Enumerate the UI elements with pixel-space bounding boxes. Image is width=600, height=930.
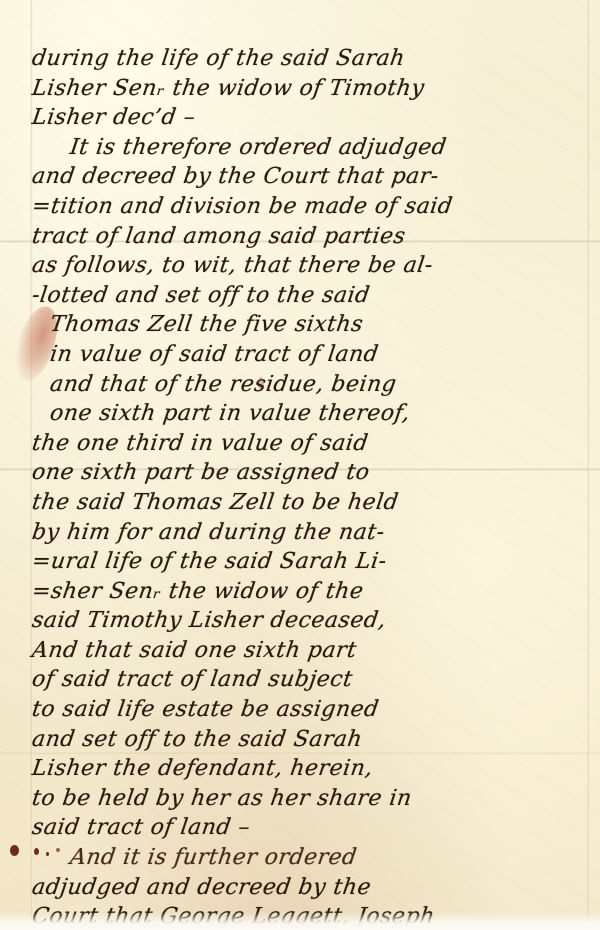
text-line: and set off to the said Sarah — [30, 725, 594, 755]
text-line: Thomas Zell the five sixths — [30, 310, 594, 340]
text-line: adjudged and decreed by the — [30, 873, 594, 903]
text-line: by him for and during the nat- — [30, 518, 594, 548]
text-line: said tract of land – — [30, 813, 594, 843]
text-line: It is therefore ordered adjudged — [30, 133, 594, 163]
torn-bottom-edge — [0, 912, 600, 930]
text-line: Lisher dec’d – — [30, 103, 594, 133]
text-line: And it is further ordered — [30, 843, 594, 873]
text-line: the one third in value of said — [30, 429, 594, 459]
text-line: the said Thomas Zell to be held — [30, 488, 594, 518]
text-line: in value of said tract of land — [30, 340, 594, 370]
text-line: said Timothy Lisher deceased, — [30, 606, 594, 636]
text-line: to be held by her as her share in — [30, 784, 594, 814]
text-line: one sixth part be assigned to — [30, 458, 594, 488]
text-line: tract of land among said parties — [30, 222, 594, 252]
text-line: and decreed by the Court that par- — [30, 162, 594, 192]
text-line: during the life of the said Sarah — [30, 44, 594, 74]
text-line: Lisher the defendant, herein, — [30, 754, 594, 784]
manuscript-page: during the life of the said Sarah Lisher… — [0, 0, 600, 930]
text-line: and that of the residue, being — [30, 370, 594, 400]
text-line: -lotted and set off to the said — [30, 281, 594, 311]
manuscript-text: during the life of the said Sarah Lisher… — [30, 44, 590, 930]
text-line: Lisher Senᵣ the widow of Timothy — [30, 74, 594, 104]
text-line: one sixth part in value thereof, — [30, 399, 594, 429]
text-line: of said tract of land subject — [30, 665, 594, 695]
text-line: =sher Senᵣ the widow of the — [30, 577, 594, 607]
text-line: =tition and division be made of said — [30, 192, 594, 222]
text-line: to said life estate be assigned — [30, 695, 594, 725]
text-line: =ural life of the said Sarah Li- — [30, 547, 594, 577]
ink-blot — [10, 845, 19, 856]
text-line: And that said one sixth part — [30, 636, 594, 666]
text-line: as follows, to wit, that there be al- — [30, 251, 594, 281]
